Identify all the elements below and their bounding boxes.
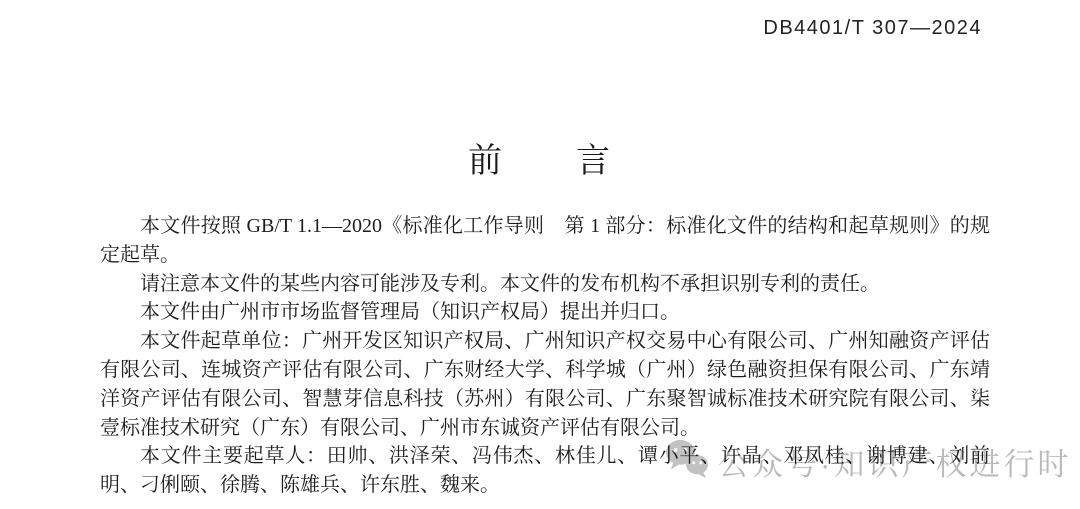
foreword-paragraph-4: 本文件起草单位：广州开发区知识产权局、广州知识产权交易中心有限公司、广州知融资产… bbox=[100, 327, 990, 442]
foreword-paragraph-1: 本文件按照 GB/T 1.1—2020《标准化工作导则 第 1 部分：标准化文件… bbox=[100, 212, 990, 270]
foreword-paragraph-3: 本文件由广州市市场监督管理局（知识产权局）提出并归口。 bbox=[100, 298, 990, 327]
document-page: DB4401/T 307—2024 前 言 本文件按照 GB/T 1.1—202… bbox=[0, 0, 1080, 509]
foreword-paragraph-2: 请注意本文件的某些内容可能涉及专利。本文件的发布机构不承担识别专利的责任。 bbox=[100, 270, 990, 299]
standard-number: DB4401/T 307—2024 bbox=[763, 17, 982, 40]
foreword-paragraph-5: 本文件主要起草人：田帅、洪泽荣、冯伟杰、林佳儿、谭小平、许晶、邓凤桂、谢博建、刘… bbox=[100, 442, 990, 500]
foreword-body: 本文件按照 GB/T 1.1—2020《标准化工作导则 第 1 部分：标准化文件… bbox=[100, 212, 990, 500]
page-title: 前 言 bbox=[0, 133, 1080, 182]
